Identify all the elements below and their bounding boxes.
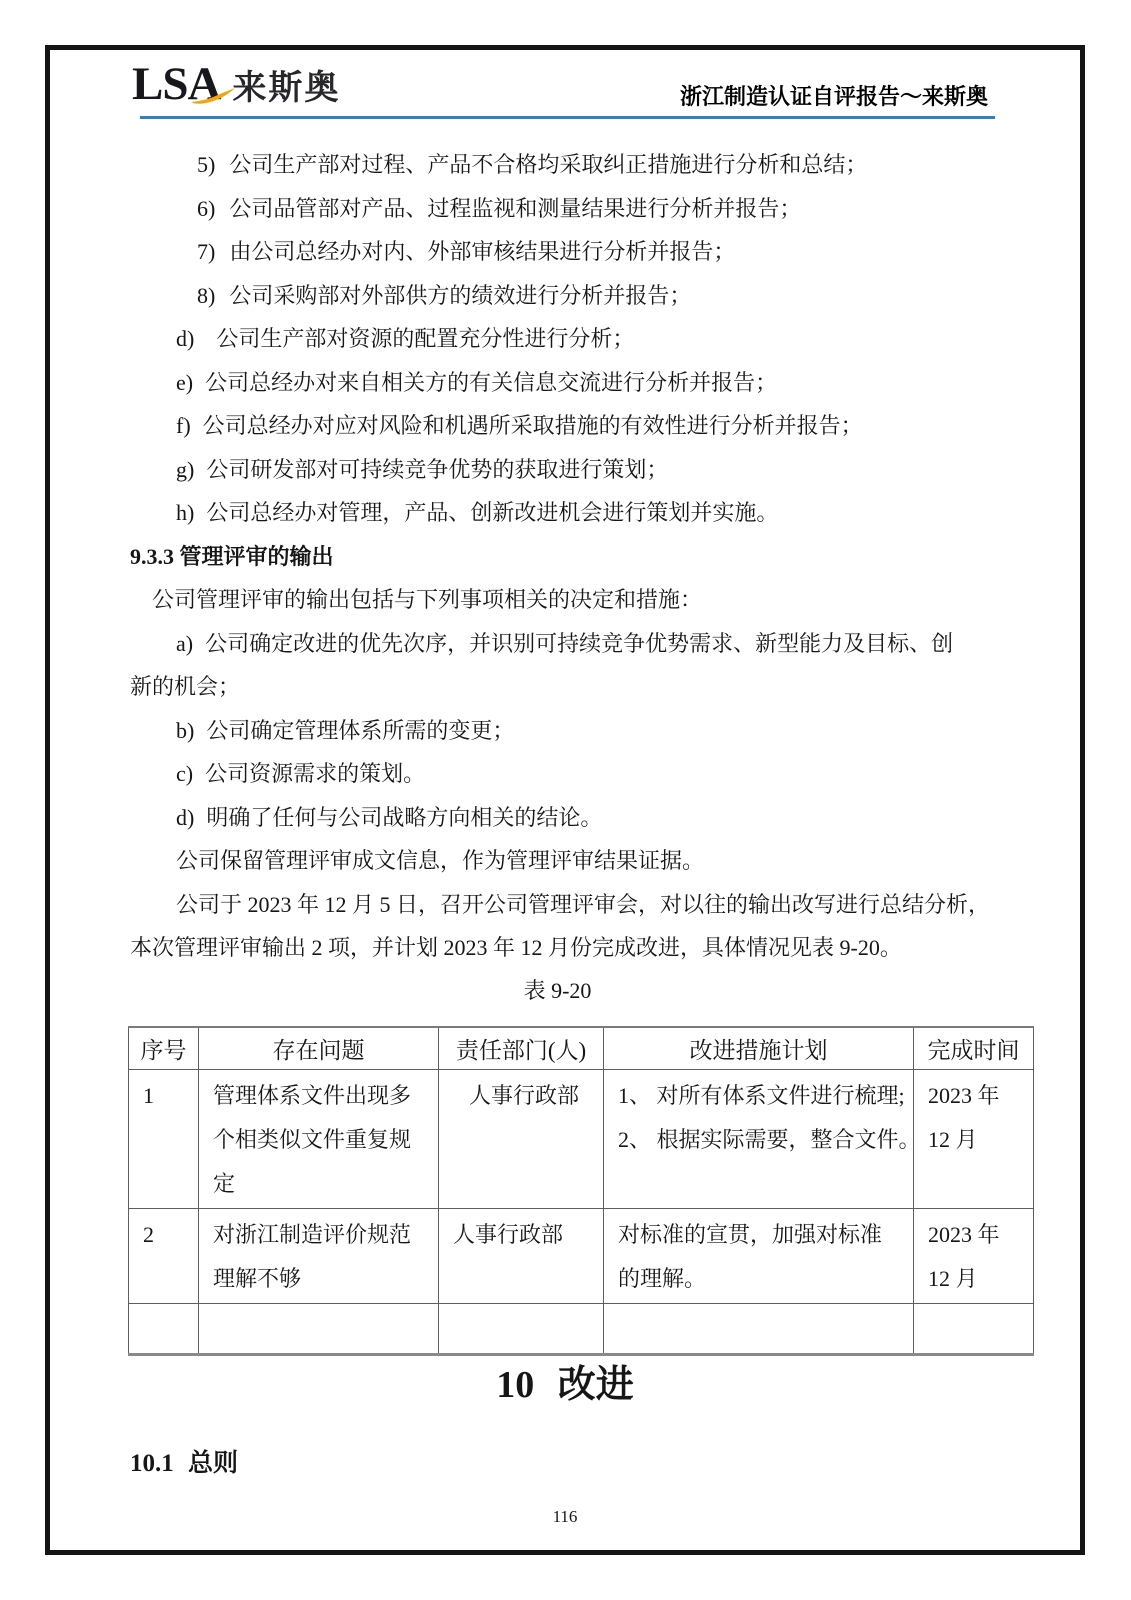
cell-plan: 1、 对所有体系文件进行梳理;2、 根据实际需要，整合文件。: [604, 1069, 914, 1208]
body-line: 本次管理评审输出 2 项，并计划 2023 年 12 月份完成改进，具体情况见表…: [130, 926, 985, 970]
col-header-time: 完成时间: [914, 1027, 1034, 1069]
header-divider-line: [140, 116, 995, 119]
cell-problem: [199, 1303, 439, 1354]
table-caption: 表 9-20: [130, 970, 985, 1012]
cell-plan: 对标准的宣贯，加强对标准的理解。: [604, 1208, 914, 1303]
body-line: 6)公司品管部对产品、过程监视和测量结果进行分析并报告；: [197, 187, 985, 231]
table-row-empty: [129, 1303, 1034, 1354]
body-line: f)公司总经办对应对风险和机遇所采取措施的有效性进行分析并报告；: [176, 404, 985, 448]
body-text: 5)公司生产部对过程、产品不合格均采取纠正措施进行分析和总结； 6)公司品管部对…: [130, 143, 985, 970]
body-line: e)公司总经办对来自相关方的有关信息交流进行分析并报告；: [176, 361, 985, 405]
body-line: 公司管理评审的输出包括与下列事项相关的决定和措施：: [152, 578, 985, 622]
body-line: d)明确了任何与公司战略方向相关的结论。: [176, 796, 985, 840]
body-line: 7)由公司总经办对内、外部审核结果进行分析并报告；: [197, 230, 985, 274]
table-row: 2 对浙江制造评价规范理解不够 人事行政部 对标准的宣贯，加强对标准的理解。 2…: [129, 1208, 1034, 1303]
col-header-dept: 责任部门(人): [439, 1027, 604, 1069]
body-line: 公司于 2023 年 12 月 5 日，召开公司管理评审会，对以往的输出改写进行…: [176, 883, 985, 927]
cell-problem: 管理体系文件出现多个相类似文件重复规定: [199, 1069, 439, 1208]
body-line: h)公司总经办对管理，产品、创新改进机会进行策划并实施。: [176, 491, 985, 535]
body-line: d)公司生产部对资源的配置充分性进行分析；: [176, 317, 985, 361]
body-line: 5)公司生产部对过程、产品不合格均采取纠正措施进行分析和总结；: [197, 143, 985, 187]
cell-time: [914, 1303, 1034, 1354]
cell-plan: [604, 1303, 914, 1354]
chapter-10-title: 10 改进: [50, 1362, 1080, 1408]
col-header-no: 序号: [129, 1027, 199, 1069]
cell-dept: [439, 1303, 604, 1354]
cell-no: 1: [129, 1069, 199, 1208]
body-line: c)公司资源需求的策划。: [176, 752, 985, 796]
page-number: 116: [50, 1502, 1080, 1532]
col-header-problem: 存在问题: [199, 1027, 439, 1069]
body-line: g)公司研发部对可持续竞争优势的获取进行策划；: [176, 448, 985, 492]
page-border-frame: LSA 来斯奥 浙江制造认证自评报告～来斯奥 5)公司生产部对过程、产品不合格均…: [45, 45, 1085, 1555]
cell-no: [129, 1303, 199, 1354]
cell-time: 2023 年12 月: [914, 1069, 1034, 1208]
body-line: a)公司确定改进的优先次序，并识别可持续竞争优势需求、新型能力及目标、创: [176, 622, 985, 666]
report-title: 浙江制造认证自评报告～来斯奥: [680, 80, 988, 111]
logo-lsa-text: LSA: [132, 58, 220, 110]
improvement-table: 序号 存在问题 责任部门(人) 改进措施计划 完成时间 1 管理体系文件出现多个…: [128, 1026, 1034, 1356]
cell-dept: 人事行政部: [439, 1069, 604, 1208]
col-header-plan: 改进措施计划: [604, 1027, 914, 1069]
body-line: 新的机会；: [130, 665, 985, 709]
cell-problem: 对浙江制造评价规范理解不够: [199, 1208, 439, 1303]
table-row: 1 管理体系文件出现多个相类似文件重复规定 人事行政部 1、 对所有体系文件进行…: [129, 1069, 1034, 1208]
cell-time: 2023 年12 月: [914, 1208, 1034, 1303]
cell-no: 2: [129, 1208, 199, 1303]
body-line: 公司保留管理评审成文信息，作为管理评审结果证据。: [176, 839, 985, 883]
company-logo: LSA 来斯奥: [132, 58, 340, 110]
section-10-1-title: 10.1 总则: [130, 1442, 238, 1485]
body-line: 8)公司采购部对外部供方的绩效进行分析并报告；: [197, 274, 985, 318]
section-heading-9-3-3: 9.3.3 管理评审的输出: [130, 535, 985, 579]
body-line: b)公司确定管理体系所需的变更；: [176, 709, 985, 753]
logo-chinese-text: 来斯奥: [232, 60, 340, 109]
cell-dept: 人事行政部: [439, 1208, 604, 1303]
document-page: LSA 来斯奥 浙江制造认证自评报告～来斯奥 5)公司生产部对过程、产品不合格均…: [0, 0, 1131, 1600]
table-header-row: 序号 存在问题 责任部门(人) 改进措施计划 完成时间: [129, 1027, 1034, 1069]
